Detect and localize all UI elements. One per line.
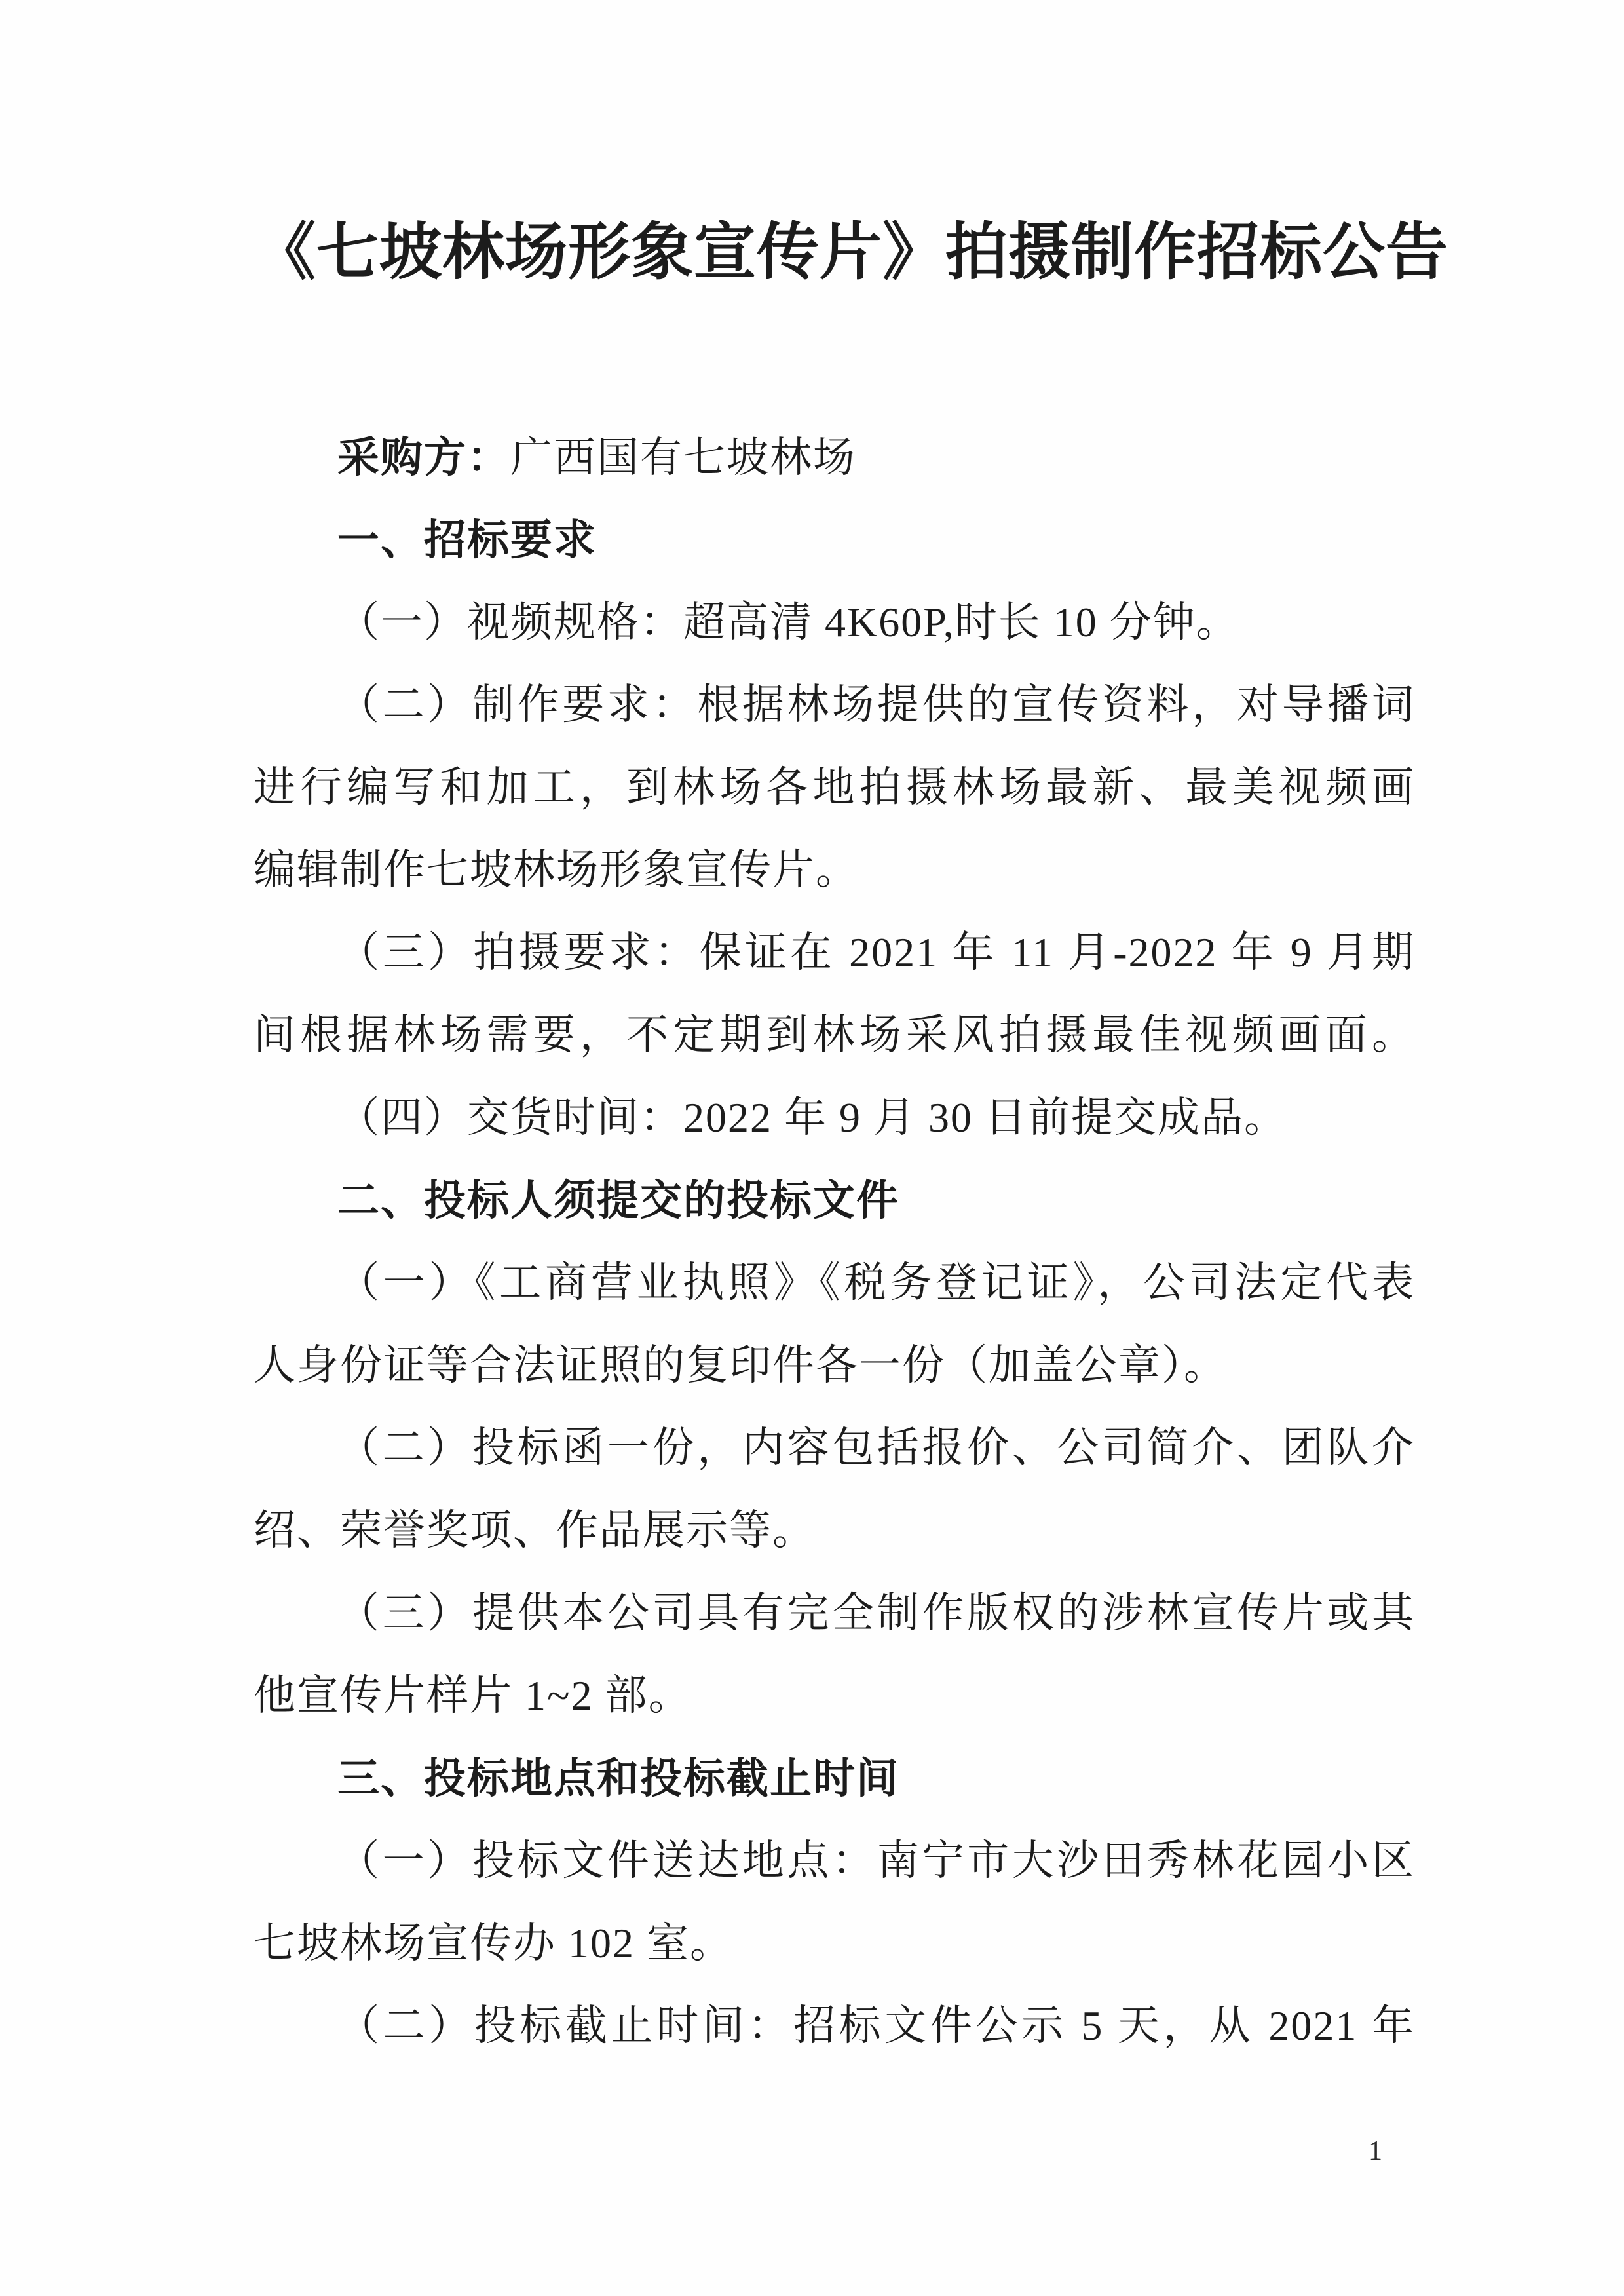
text-line: （一）《工商营业执照》《税务登记证》，公司法定代表 xyxy=(254,1242,1415,1324)
text-line: 间根据林场需要，不定期到林场采风拍摄最佳视频画面。 xyxy=(254,994,1415,1077)
text-line: 编辑制作七坡林场形象宣传片。 xyxy=(254,829,1415,911)
text-line: 人身份证等合法证照的复印件各一份（加盖公章）。 xyxy=(254,1324,1415,1407)
text-line: 绍、荣誉奖项、作品展示等。 xyxy=(254,1489,1415,1572)
text-line: （二）投标截止时间：招标文件公示 5 天，从 2021 年 xyxy=(254,1985,1415,2067)
document-page: 《七坡林场形象宣传片》拍摄制作招标公告 采购方：广西国有七坡林场一、招标要求（一… xyxy=(0,0,1624,2296)
field-label: 采购方： xyxy=(337,434,510,481)
section-heading: 三、投标地点和投标截止时间 xyxy=(254,1737,1415,1820)
section-heading: 一、招标要求 xyxy=(254,499,1415,581)
text-line: 他宣传片样片 1~2 部。 xyxy=(254,1655,1415,1737)
text-line: 采购方：广西国有七坡林场 xyxy=(254,416,1415,499)
text-line: 进行编写和加工，到林场各地拍摄林场最新、最美视频画面， xyxy=(254,746,1415,829)
text-line: （四）交货时间：2022 年 9 月 30 日前提交成品。 xyxy=(254,1077,1415,1159)
document-body: 采购方：广西国有七坡林场一、招标要求（一）视频规格：超高清 4K60P,时长 1… xyxy=(254,416,1415,2067)
section-heading: 二、投标人须提交的投标文件 xyxy=(254,1159,1415,1242)
text-line: （三）拍摄要求：保证在 2021 年 11 月-2022 年 9 月期 xyxy=(254,911,1415,994)
text-line: （二）投标函一份，内容包括报价、公司简介、团队介 xyxy=(254,1407,1415,1489)
page-number: 1 xyxy=(1369,2137,1382,2165)
text-line: （二）制作要求：根据林场提供的宣传资料，对导播词 xyxy=(254,664,1415,746)
text-line: （一）投标文件送达地点：南宁市大沙田秀林花园小区 xyxy=(254,1820,1415,1902)
text-line: （三）提供本公司具有完全制作版权的涉林宣传片或其 xyxy=(254,1572,1415,1655)
text-line: （一）视频规格：超高清 4K60P,时长 10 分钟。 xyxy=(254,581,1415,664)
text-line: 七坡林场宣传办 102 室。 xyxy=(254,1902,1415,1985)
document-title: 《七坡林场形象宣传片》拍摄制作招标公告 xyxy=(254,197,1415,308)
